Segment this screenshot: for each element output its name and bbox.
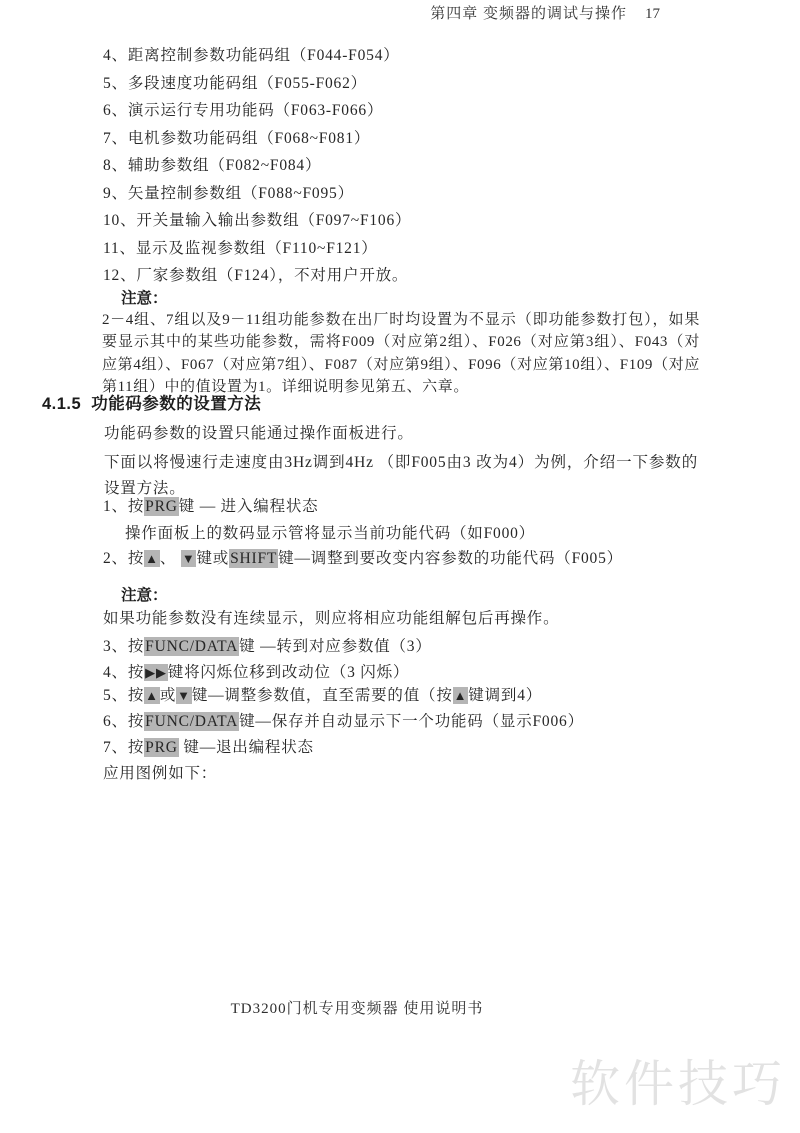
- key-highlight: FUNC/DATA: [144, 637, 239, 656]
- step-text: 2、按: [103, 550, 144, 567]
- note-text: 如果功能参数没有连续显示，则应将相应功能组解包后再操作。: [103, 606, 701, 628]
- note-label: 注意：: [121, 583, 168, 605]
- page-number: 17: [645, 6, 660, 22]
- paragraph: 功能码参数的设置只能通过操作面板进行。: [104, 421, 698, 447]
- step-line-7: 7、按PRG 键—退出编程状态: [103, 735, 723, 757]
- page-header: 第四章 变频器的调试与操作17: [0, 2, 660, 23]
- step-line-4: 4、按▶▶键将闪烁位移到改动位（3 闪烁）: [103, 660, 723, 682]
- list-item: 10、开关量输入输出参数组（F097~F106）: [103, 207, 703, 235]
- section-title: 功能码参数的设置方法: [91, 395, 261, 413]
- section-heading: 4.1.5功能码参数的设置方法: [42, 390, 261, 414]
- step-text: 键将闪烁位移到改动位（3 闪烁）: [168, 664, 409, 681]
- step-text: 7、按: [103, 739, 144, 756]
- step-line-3: 3、按FUNC/DATA键 —转到对应参数值（3）: [103, 634, 723, 656]
- key-highlight: PRG: [144, 738, 179, 757]
- section-number: 4.1.5: [42, 395, 81, 413]
- list-item: 6、演示运行专用功能码（F063-F066）: [103, 97, 703, 125]
- step-text: 6、按: [103, 713, 144, 730]
- step-text: 键或: [196, 550, 229, 567]
- key-highlight: ▲: [144, 687, 160, 704]
- key-highlight: ▶▶: [144, 664, 168, 681]
- step-text: 键 —转到对应参数值（3）: [239, 638, 432, 655]
- step-text: 4、按: [103, 664, 144, 681]
- page-footer: TD3200门机专用变频器 使用说明书: [0, 997, 714, 1018]
- step-text: 键—调整到要改变内容参数的功能代码（F005）: [278, 550, 623, 567]
- list-item: 5、多段速度功能码组（F055-F062）: [103, 70, 703, 98]
- key-highlight: FUNC/DATA: [144, 712, 239, 731]
- watermark: 软件技巧: [570, 1044, 786, 1116]
- step-line-1-sub: 操作面板上的数码显示管将显示当前功能代码（如F000）: [125, 521, 745, 543]
- step-text: 键—退出编程状态: [179, 739, 314, 756]
- step-text: 键—保存并自动显示下一个功能码（显示F006）: [239, 713, 584, 730]
- key-highlight: SHIFT: [229, 549, 278, 568]
- list-item: 12、厂家参数组（F124），不对用户开放。: [103, 262, 703, 290]
- step-text: 1、按: [103, 498, 144, 515]
- key-highlight: ▲: [144, 550, 160, 567]
- document-page: 第四章 变频器的调试与操作17 4、距离控制参数功能码组（F044-F054） …: [0, 0, 800, 1133]
- step-text: 键—调整参数值，直至需要的值（按: [192, 687, 453, 704]
- step-line-5: 5、按▲或▼键—调整参数值，直至需要的值（按▲键调到4）: [103, 683, 723, 705]
- step-text: 3、按: [103, 638, 144, 655]
- note-label: 注意：: [121, 286, 168, 308]
- list-item: 11、显示及监视参数组（F110~F121）: [103, 235, 703, 263]
- list-item: 9、矢量控制参数组（F088~F095）: [103, 180, 703, 208]
- step-line-1: 1、按PRG键 — 进入编程状态: [103, 494, 723, 516]
- key-highlight: ▲: [453, 687, 469, 704]
- step-line-2: 2、按▲、 ▼键或SHIFT键—调整到要改变内容参数的功能代码（F005）: [103, 546, 723, 568]
- list-item: 7、电机参数功能码组（F068~F081）: [103, 125, 703, 153]
- step-text: 或: [160, 687, 176, 704]
- closing-line: 应用图例如下：: [103, 761, 217, 783]
- key-highlight: ▼: [176, 687, 192, 704]
- function-group-list: 4、距离控制参数功能码组（F044-F054） 5、多段速度功能码组（F055-…: [103, 42, 703, 290]
- note-text: 2－4组、7组以及9－11组功能参数在出厂时均设置为不显示（即功能参数打包），如…: [102, 309, 700, 399]
- list-item: 8、辅助参数组（F082~F084）: [103, 152, 703, 180]
- key-highlight: ▼: [181, 550, 197, 567]
- step-text: 5、按: [103, 687, 144, 704]
- step-line-6: 6、按FUNC/DATA键—保存并自动显示下一个功能码（显示F006）: [103, 709, 723, 731]
- chapter-title: 第四章 变频器的调试与操作: [430, 6, 627, 22]
- step-text: 键 — 进入编程状态: [179, 498, 319, 515]
- step-text: 键调到4）: [468, 687, 542, 704]
- list-item: 4、距离控制参数功能码组（F044-F054）: [103, 42, 703, 70]
- step-text: 、: [160, 550, 181, 567]
- key-highlight: PRG: [144, 497, 179, 516]
